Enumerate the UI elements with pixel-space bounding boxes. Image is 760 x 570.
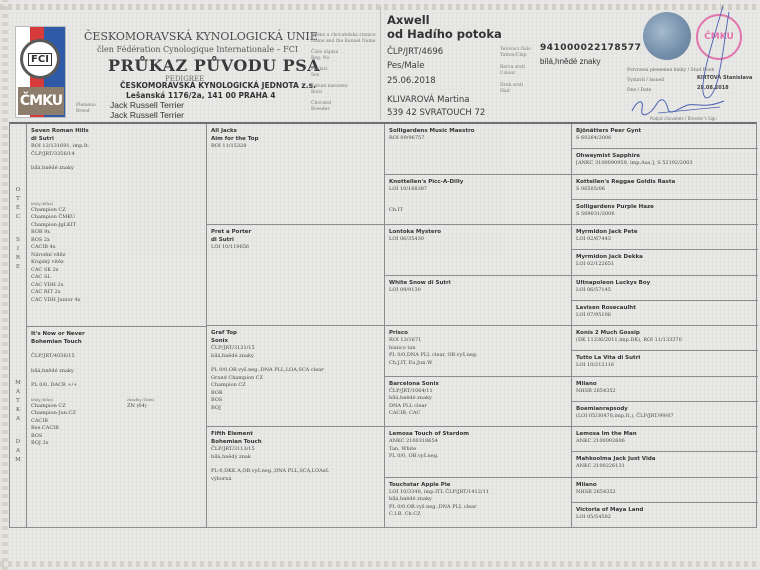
label-hair-en: Hair — [500, 89, 545, 95]
dog-colour: bílá,hnědé znaky — [540, 57, 601, 66]
signature-label: Podpis chovatele / Breeder's Sign — [650, 116, 717, 121]
spacer — [31, 361, 202, 368]
ancestor-detail: LOI 10/168387 — [389, 186, 567, 194]
ancestor-name: Boemianrapsody — [576, 405, 754, 413]
issued-label: Vystavil / Issued — [627, 78, 664, 83]
dam-side-label: MATKADAM — [10, 379, 26, 465]
side-letter: D — [10, 438, 26, 447]
great-great-grandparent-ancestor-cell: Tutto La Vita di SutriLOI 10/212116 — [572, 351, 758, 376]
label-sex-en: Sex — [311, 73, 381, 79]
ancestor-detail: PL-0,DKK A,OB.vyš.neg.,DNA PLL,SCA,LOAsš… — [211, 468, 380, 476]
ancestor-detail: LOI 06/35430 — [389, 236, 567, 244]
label-chip: Tetovací čísloTattoo/Chip — [500, 47, 545, 59]
label-sex: PohlavíSex — [311, 67, 381, 79]
ancestor-detail: LOI 09/9130 — [389, 287, 567, 295]
ancestor-detail: ROI 09/96757 — [389, 135, 567, 143]
grandparent-ancestor-cell: All JacksAim for the TopROI 11/15328 — [207, 124, 384, 225]
ancestor-detail: ROI 11/15328 — [211, 143, 380, 151]
ancestor-detail: PL 0/0, OB.vyš.neg. — [389, 453, 567, 461]
great-grandparent-ancestor-cell: White Snow di SutriLOI 09/9130 — [385, 276, 571, 327]
breed-en: Jack Russell Terrier — [110, 110, 184, 120]
ancestor-detail: [ANKC 3100090959, imp.Aus.], S 52192/200… — [576, 160, 754, 168]
ancestor-name: Sonix — [211, 337, 380, 345]
chip-number: 941000022178577 — [540, 43, 641, 53]
ancestor-name: White Snow di Sutri — [389, 279, 567, 287]
label-colour-en: Colour — [500, 71, 545, 77]
side-letter: C — [10, 213, 26, 222]
label-regno-en: Reg. No — [311, 56, 381, 62]
ancestor-name: Myrmidon Jack Pete — [576, 228, 754, 236]
organization-name: ČESKOMORAVSKÁ KYNOLOGICKÁ UNIE — [84, 30, 318, 43]
ancestor-name: Barcelona Sonix — [389, 380, 567, 388]
dam-detail-line: ČLP/JRT/4036/15 — [31, 353, 202, 361]
dam-title: BOS — [31, 433, 202, 441]
sire-title: Champion-JgLKIT — [31, 222, 202, 230]
great-great-grandparent-ancestor-cell: Kottellen's Reggae Goldis RastaS 06505/0… — [572, 175, 758, 200]
label-chip-en: Tattoo/Chip — [500, 53, 545, 59]
ancestor-detail: S 06505/06 — [576, 186, 754, 194]
spacer — [389, 200, 567, 207]
ancestor-name: Bjönätters Peer Gynt — [576, 127, 754, 135]
side-letter: S — [10, 236, 26, 245]
spacer — [10, 229, 26, 236]
club-name: ČESKOMORAVSKÁ KYNOLOGICKÁ JEDNOTA z.s. — [120, 81, 316, 90]
breed-cz: Jack Russell Terrier — [110, 100, 184, 110]
spacer — [10, 222, 26, 229]
ancestor-name: Lontoka Mystero — [389, 228, 567, 236]
pedigree-document: FCI ČMKU ČESKOMORAVSKÁ KYNOLOGICKÁ UNIE … — [0, 0, 760, 570]
ancestor-detail: S 60264/2006 — [576, 135, 754, 143]
generation-1-column: Seven Roman Hills di Sutri ROI 12/131691… — [27, 124, 206, 527]
ancestor-detail: NHSB 2654352 — [576, 388, 754, 396]
side-letter: R — [10, 254, 26, 263]
great-great-grandparent-ancestor-cell: Ultnapoleon Luckys BoyLOI 06/57145 — [572, 276, 758, 301]
generation-4-column: Bjönätters Peer GyntS 60264/2006Ohwaymis… — [572, 124, 758, 527]
ancestor-name: Knottellen's Picc-A-Dilly — [389, 178, 567, 186]
ancestor-name: Ohwaymist Sapphire — [576, 152, 754, 160]
great-grandparent-ancestor-cell: PriscoROI 13/1671bianco tanPL 0/0,DNA PL… — [385, 326, 571, 377]
breeder-address: 539 42 SVRATOUCH 72 — [387, 108, 485, 118]
great-great-grandparent-ancestor-cell: Boemianrapsody(LOI 05/30478,imp.It.), ČL… — [572, 402, 758, 427]
side-letter: I — [10, 245, 26, 254]
ancestor-name: Lavisen Rosecaulht — [576, 304, 754, 312]
spacer — [211, 461, 380, 468]
great-grandparent-ancestor-cell: Lontoka MysteroLOI 06/35430 — [385, 225, 571, 276]
side-letter: O — [10, 186, 26, 195]
ancestor-detail: ROI 13/1671 — [389, 337, 567, 345]
spacer — [10, 424, 26, 431]
sire-title: BOS 2x — [31, 237, 202, 245]
side-letter: E — [10, 204, 26, 213]
ancestor-detail: Ch.IT — [389, 207, 567, 215]
great-great-grandparent-ancestor-cell: Lemosa Im the ManANKC 2100092606 — [572, 427, 758, 452]
dam-name: It's Now or Never — [31, 330, 202, 338]
ancestor-name: Mahkoolma Jack Just Vida — [576, 455, 754, 463]
ancestor-detail: PL 0/0,DNA PLL clear, OB.vyš.neg. — [389, 352, 567, 360]
ancestor-detail: bílá,hnědé znaky — [389, 496, 567, 504]
spacer — [10, 431, 26, 438]
label-name-en: Name and the Kennel Name — [311, 39, 381, 45]
side-letter: K — [10, 406, 26, 415]
sire-title: CAC VDH Junior 4x — [31, 297, 202, 305]
dam-title: Champion CZ — [31, 403, 202, 411]
great-great-grandparent-ancestor-cell: Victoria of Maya LandLOI 05/54582 — [572, 503, 758, 528]
identification-labels: Tetovací čísloTattoo/Chip Barva srstiCol… — [500, 47, 545, 101]
great-great-grandparent-ancestor-cell: Myrmidon Jack PeteLOI 02/67443 — [572, 225, 758, 250]
ancestor-detail: LOI 07/95106 — [576, 312, 754, 320]
pedigree-table: OTECSIRE MATKADAM Seven Roman Hills di S… — [9, 122, 757, 528]
ancestor-name: Fifth Element — [211, 430, 380, 438]
ancestor-detail: ČLP/JRT/3131/15 — [211, 345, 380, 353]
ancestor-detail: LOI 10/119656 — [211, 244, 380, 252]
sire-title: CAC RIT 2x — [31, 289, 202, 297]
sire-title: CAC SK 2x — [31, 267, 202, 275]
ancestor-detail: DNA PLL clear — [389, 403, 567, 411]
ancestor-detail: Ch.J.IT, Eu.Jun.W — [389, 360, 567, 368]
sire-title: Krajský vítěz — [31, 259, 202, 267]
ancestor-name: Graf Top — [211, 329, 380, 337]
spacer — [31, 158, 202, 165]
generation-2-column: All JacksAim for the TopROI 11/15328Pret… — [207, 124, 384, 527]
date-label: Dne / Date — [627, 88, 651, 93]
great-great-grandparent-ancestor-cell: Mahkoolma Jack Just VidaANKC 2100226131 — [572, 452, 758, 477]
ancestor-detail: (LOI 05/30478,imp.It.), ČLP/JRT/99/07 — [576, 413, 754, 421]
sire-title: Champion ČMKU — [31, 214, 202, 222]
fci-emblem-icon: FCI — [20, 39, 60, 79]
label-name: Jméno a chovatelská staniceName and the … — [311, 33, 381, 45]
dog-name-line1: Axwell — [387, 13, 502, 27]
dam-kennel: Bohemian Touch — [31, 338, 202, 346]
label-regno: Číslo zápisuReg. No — [311, 50, 381, 62]
ancestor-name: Touchstar Apple Pie — [389, 481, 567, 489]
sire-detail-line: bílá,hnědé znaky — [31, 165, 202, 173]
breeder-name: KLIVAROVÁ Martina — [387, 95, 469, 105]
signature-stroke-icon — [685, 4, 745, 114]
great-grandparent-ancestor-cell: Lemosa Touch of StardomANKC 2100318654Ta… — [385, 427, 571, 478]
side-letter: A — [10, 388, 26, 397]
ancestor-detail: bianco tan — [389, 345, 567, 353]
ancestor-name: di Sutri — [211, 236, 380, 244]
great-grandparent-ancestor-cell: Touchstar Apple PieLOI 10/3348, imp.ITL … — [385, 478, 571, 529]
spacer — [211, 360, 380, 367]
field-labels: Jméno a chovatelská staniceName and the … — [311, 33, 381, 118]
ancestor-detail: LOI 02/122651 — [576, 261, 754, 269]
ancestor-detail: ANKC 2100318654 — [389, 438, 567, 446]
label-born-en: Born — [311, 90, 381, 96]
grandparent-ancestor-cell: Fifth ElementBohemian TouchČLP/JRT/3113/… — [207, 427, 384, 528]
great-great-grandparent-ancestor-cell: Myrmidon Jack DekkaLOI 02/122651 — [572, 250, 758, 275]
sire-title: Národní vítěz — [31, 252, 202, 260]
dog-reg-no: ČLP/JRT/4696 — [387, 47, 443, 57]
dam-details: ČLP/JRT/4036/15bílá,hnědé znakyPL 0/0, D… — [31, 346, 202, 390]
perforated-edge-bottom — [0, 561, 760, 567]
fci-cmku-logo: FCI ČMKU — [15, 26, 66, 118]
ancestor-name: Myrmidon Jack Dekka — [576, 253, 754, 261]
ancestor-detail: bílá,hnědé znaky — [389, 395, 567, 403]
fci-membership: člen Fédération Cynologique Internationa… — [97, 45, 298, 54]
sire-cell: Seven Roman Hills di Sutri ROI 12/131691… — [27, 124, 206, 327]
ancestor-name: Kottellen's Reggae Goldis Rasta — [576, 178, 754, 186]
ancestor-detail: Tan, White — [389, 446, 567, 454]
label-born: Datum narozeníBorn — [311, 84, 381, 96]
sire-detail-line: ČLP/JRT/3356/14 — [31, 151, 202, 159]
great-grandparent-ancestor-cell: Knottellen's Picc-A-DillyLOI 10/168387Ch… — [385, 175, 571, 226]
side-letter: E — [10, 263, 26, 272]
side-letter: A — [10, 447, 26, 456]
dam-titles: Champion CZChampion-Jun.CZCACIBRes.CACIB… — [31, 403, 202, 448]
dog-kennel-name: od Hadího potoka — [387, 27, 502, 41]
ancestor-name: Konis 2 Much Gossip — [576, 329, 754, 337]
side-letter: A — [10, 415, 26, 424]
header-divider — [380, 6, 381, 120]
ancestor-detail: ČLP/JRT/1064/11 — [389, 388, 567, 396]
great-grandparent-ancestor-cell: Barcelona SonixČLP/JRT/1064/11bílá,hnědé… — [385, 377, 571, 428]
ancestor-name: Victoria of Maya Land — [576, 506, 754, 514]
ancestor-name: Solligardens Music Maestro — [389, 127, 567, 135]
ancestor-detail: LOI 02/67443 — [576, 236, 754, 244]
ancestor-detail: CACIB, CAC — [389, 410, 567, 418]
ancestor-detail: BOB — [211, 390, 380, 398]
side-letter: T — [10, 195, 26, 204]
ancestor-detail: S 569031/2006 — [576, 211, 754, 219]
breed-label-en: Breed — [76, 109, 96, 115]
ancestor-detail: LOI 05/54582 — [576, 514, 754, 522]
ancestor-detail: BOS — [211, 397, 380, 405]
side-letter: M — [10, 379, 26, 388]
perforated-edge-left — [2, 0, 8, 570]
sire-title: CACIB 4x — [31, 244, 202, 252]
sire-title: Champion CZ — [31, 207, 202, 215]
great-great-grandparent-ancestor-cell: Ohwaymist Sapphire[ANKC 3100090959, imp.… — [572, 149, 758, 174]
dog-name: Axwell od Hadího potoka — [387, 13, 502, 41]
ancestor-detail: LOI 10/212116 — [576, 362, 754, 370]
ancestor-name: Milano — [576, 481, 754, 489]
hologram-icon — [643, 12, 691, 60]
ancestor-detail: BOJ — [211, 405, 380, 413]
grandparent-ancestor-cell: Pret a Porterdi SutriLOI 10/119656 — [207, 225, 384, 326]
ancestor-detail: výborná — [211, 476, 380, 484]
grandparent-ancestor-cell: Graf TopSonixČLP/JRT/3131/15bílá,hnědé z… — [207, 326, 384, 427]
side-letter: T — [10, 397, 26, 406]
ancestor-name: Solligardens Purple Haze — [576, 203, 754, 211]
label-breeder-en: Breeder — [311, 107, 381, 113]
ancestor-name: Ultnapoleon Luckys Boy — [576, 279, 754, 287]
label-breeder: ChovatelBreeder — [311, 101, 381, 113]
ancestor-detail: ČLP/JRT/3113/15 — [211, 446, 380, 454]
sire-name: Seven Roman Hills — [31, 127, 202, 135]
great-great-grandparent-ancestor-cell: Konis 2 Much Gossip(DK 11336/2011,imp.DK… — [572, 326, 758, 351]
sire-detail-line: ROI 12/131691, imp.It. — [31, 143, 202, 151]
ancestor-name: All Jacks — [211, 127, 380, 135]
ancestor-name: Aim for the Top — [211, 135, 380, 143]
spacer — [389, 193, 567, 200]
sire-details: ROI 12/131691, imp.It.ČLP/JRT/3356/14bíl… — [31, 143, 202, 173]
great-great-grandparent-ancestor-cell: Solligardens Purple HazeS 569031/2006 — [572, 200, 758, 225]
sire-title: CAC VDH 2x — [31, 282, 202, 290]
club-address: Lešanská 1176/2a, 141 00 PRAHA 4 — [126, 91, 276, 100]
dam-detail-line: bílá,hnědé znaky — [31, 368, 202, 376]
ancestor-detail: bílá,hnědé znaky — [211, 353, 380, 361]
fci-emblem-text: FCI — [28, 53, 52, 66]
ancestor-detail: ANKC 2100092606 — [576, 438, 754, 446]
sire-titles: Champion CZChampion ČMKUChampion-JgLKITB… — [31, 207, 202, 305]
great-great-grandparent-ancestor-cell: Lavisen RosecaulhtLOI 07/95106 — [572, 301, 758, 326]
ancestor-detail: ANKC 2100226131 — [576, 463, 754, 471]
ancestor-name: Pret a Porter — [211, 228, 380, 236]
ancestor-detail: (DK 11336/2011,imp.DK), ROI 11/133370 — [576, 337, 754, 345]
label-hair: Druh srstiHair — [500, 83, 545, 95]
dam-title: Res.CACIB — [31, 425, 202, 433]
dog-sex: Pes/Male — [387, 61, 424, 71]
sire-title: CAC SL — [31, 274, 202, 282]
ancestor-detail: LOI 10/3348, imp.ITL ČLP/JRT/1412/11 — [389, 489, 567, 497]
ancestor-detail: PL 0/0,OB.vyš.neg.,DNA PLL,LOA,SCA clear — [211, 367, 380, 375]
ancestor-name: Prisco — [389, 329, 567, 337]
sire-kennel: di Sutri — [31, 135, 202, 143]
generation-3-column: Solligardens Music MaestroROI 09/96757Kn… — [385, 124, 571, 527]
great-great-grandparent-ancestor-cell: MilanoNHSB 2654352 — [572, 478, 758, 503]
spacer — [31, 346, 202, 353]
document-title: PRŮKAZ PŮVODU PSA — [108, 56, 320, 75]
dam-detail-line: PL 0/0, DACR +/+ — [31, 382, 202, 390]
ancestor-name: Lemosa Touch of Stardom — [389, 430, 567, 438]
ancestor-name: Milano — [576, 380, 754, 388]
dam-test: ZN (64) — [127, 403, 147, 411]
ancestor-name: Bohemian Touch — [211, 438, 380, 446]
ancestor-detail: bílá,hnědý znak — [211, 454, 380, 462]
ancestor-detail: PL 0/0,OB.vyš.neg.,DNA PLL clear — [389, 504, 567, 512]
sire-side-label: OTECSIRE — [10, 186, 26, 272]
sire-title: BOB 9x — [31, 229, 202, 237]
ancestor-detail: C.I.B. Ch.CZ — [389, 511, 567, 519]
dog-born: 25.06.2018 — [387, 76, 436, 86]
great-grandparent-ancestor-cell: Solligardens Music MaestroROI 09/96757 — [385, 124, 571, 175]
ancestor-detail: NHSB 2654352 — [576, 489, 754, 497]
great-great-grandparent-ancestor-cell: MilanoNHSB 2654352 — [572, 377, 758, 402]
cmku-emblem-icon: ČMKU — [18, 87, 64, 115]
ancestor-detail: LOI 06/57145 — [576, 287, 754, 295]
ancestor-name: Tutto La Vita di Sutri — [576, 354, 754, 362]
dam-title: BOJ 2x — [31, 440, 202, 448]
dam-cell: It's Now or Never Bohemian Touch ČLP/JRT… — [27, 327, 206, 530]
label-colour: Barva srstiColour — [500, 65, 545, 77]
side-letter: M — [10, 456, 26, 465]
dam-tests: ZN (64) — [127, 403, 147, 411]
ancestor-detail: Grand Champion CZ — [211, 375, 380, 383]
breed-label: Plemeno Breed — [76, 103, 96, 115]
spacer — [31, 375, 202, 382]
great-great-grandparent-ancestor-cell: Bjönätters Peer GyntS 60264/2006 — [572, 124, 758, 149]
dam-title: CACIB — [31, 418, 202, 426]
dam-title: Champion-Jun.CZ — [31, 410, 202, 418]
ancestor-name: Lemosa Im the Man — [576, 430, 754, 438]
ancestor-detail: Champion CZ — [211, 382, 380, 390]
